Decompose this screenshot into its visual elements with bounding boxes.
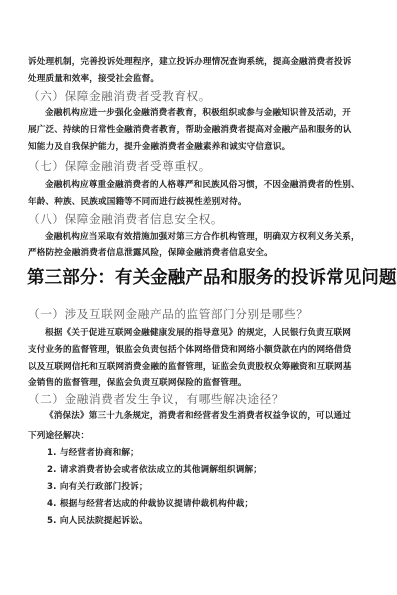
paragraph-line: 年龄、种族、民族或国籍等不同而进行歧视性差别对待。 [28,196,373,208]
paragraph-line: 严格防控金融消费者信息泄露风险，保障金融消费者信息安全。 [28,247,373,259]
paragraph-line: 处理质量和效率，接受社会监督。 [28,73,373,85]
part-title: 第三部分：有关金融产品和服务的投诉常见问题解答 [27,267,377,289]
section-heading: （八）保障金融消费者信息安全权。 [28,212,373,227]
list-item: 3. 向有关行政部门投诉； [47,481,148,493]
paragraph-line: 根据《关于促进互联网金融健康发展的指导意见》的规定，人民银行负责互联网 [45,327,373,339]
paragraph-line: 金融机构应尊重金融消费者的人格尊严和民族风俗习惯，不因金融消费者的性别、 [45,179,373,191]
paragraph-line: 知能力及自我保护能力，提升金融消费者金融素养和诚实守信意识。 [28,141,373,153]
paragraph-line: 诉处理机制，完善投诉处理程序，建立投诉办理情况查询系统，提高金融消费者投诉 [28,56,373,68]
list-item: 5. 向人民法院提起诉讼。 [47,515,148,527]
paragraph-line: 支付业务的监督管理，银监会负责包括个体网络借贷和网络小额贷款在内的网络借贷 [28,344,373,356]
paragraph-line: 以及互联网信托和互联网消费金融的监督管理，证监会负责股权众筹融资和互联网基 [28,361,373,373]
paragraph-line: 金融机构应进一步强化金融消费者教育，积极组织或参与金融知识普及活动，开 [45,107,373,119]
faq-question: （一）涉及互联网金融产品的监管部门分别是哪些？ [28,307,373,322]
list-item: 4. 根据与经营者达成的仲裁协议提请仲裁机构仲裁； [47,498,253,510]
section-heading: （六）保障金融消费者受教育权。 [28,89,373,104]
list-item: 1. 与经营者协商和解； [47,447,139,459]
faq-question: （二）金融消费者发生争议，有哪些解决途径？ [28,392,373,407]
document-page: 诉处理机制，完善投诉处理程序，建立投诉办理情况查询系统，提高金融消费者投诉 处理… [0,0,397,595]
paragraph-line: 下列途径解决： [28,430,373,442]
paragraph-line: 展广泛、持续的日常性金融消费者教育，帮助金融消费者提高对金融产品和服务的认 [28,124,373,136]
paragraph-line: 《消保法》第三十九条规定，消费者和经营者发生消费者权益争议的，可以通过 [45,410,373,422]
paragraph-line: 金融机构应当采取有效措施加强对第三方合作机构管理，明确双方权利义务关系， [45,231,373,243]
list-item: 2. 请求消费者协会或者依法成立的其他调解组织调解； [47,464,262,476]
paragraph-line: 金销售的监督管理，保监会负责互联网保险的监督管理。 [28,377,373,389]
section-heading: （七）保障金融消费者受尊重权。 [28,159,373,174]
